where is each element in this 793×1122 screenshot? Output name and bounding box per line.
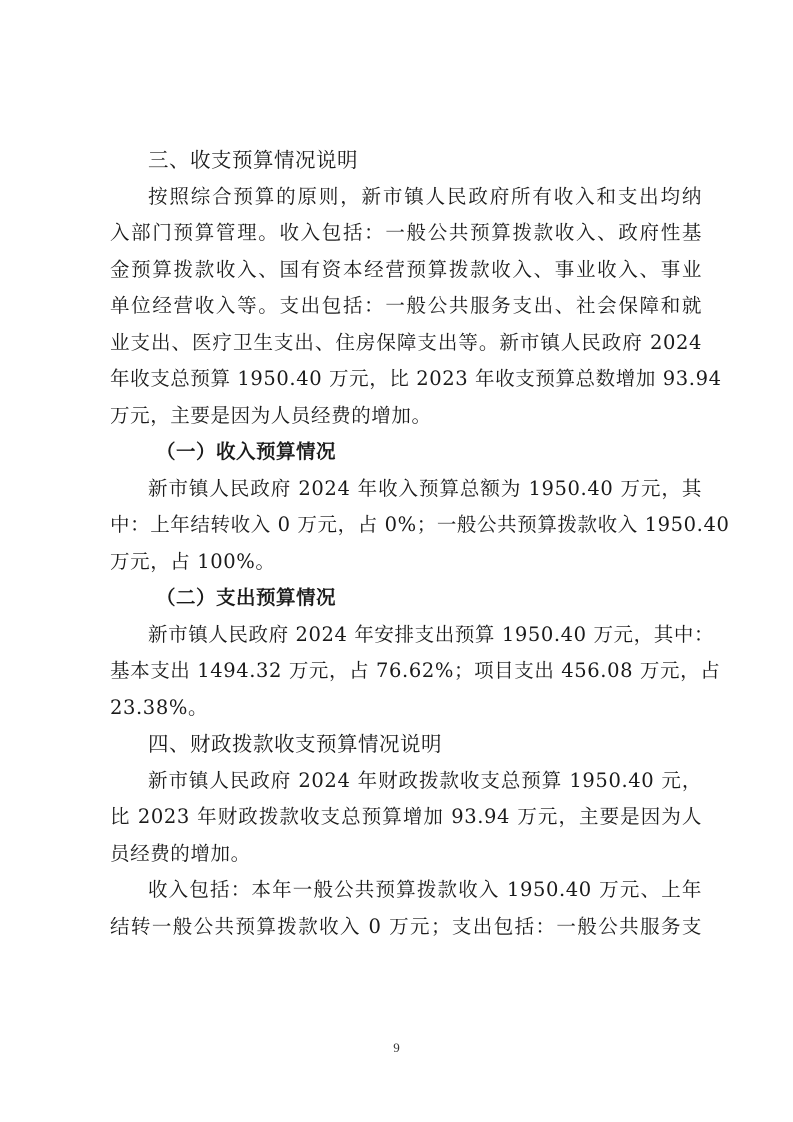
paragraph-line: 收入包括：本年一般公共预算拨款收入 1950.40 万元、上年 bbox=[110, 872, 702, 909]
paragraph-line: 结转一般公共预算拨款收入 0 万元；支出包括：一般公共服务支 bbox=[110, 909, 702, 946]
paragraph-line: 新市镇人民政府 2024 年安排支出预算 1950.40 万元，其中： bbox=[110, 617, 702, 654]
paragraph-line: 入部门预算管理。收入包括：一般公共预算拨款收入、政府性基 bbox=[110, 215, 702, 252]
section-heading-3: 三、收支预算情况说明 bbox=[110, 142, 702, 179]
subsection-heading-expense: （二）支出预算情况 bbox=[110, 580, 702, 617]
paragraph-line: 万元，占 100%。 bbox=[110, 544, 702, 581]
paragraph-line: 按照综合预算的原则，新市镇人民政府所有收入和支出均纳 bbox=[110, 179, 702, 216]
paragraph-line: 新市镇人民政府 2024 年财政拨款收支总预算 1950.40 元， bbox=[110, 763, 702, 800]
section-heading-4: 四、财政拨款收支预算情况说明 bbox=[110, 726, 702, 763]
paragraph-line: 新市镇人民政府 2024 年收入预算总额为 1950.40 万元，其 bbox=[110, 471, 702, 508]
paragraph-line: 万元，主要是因为人员经费的增加。 bbox=[110, 398, 702, 435]
paragraph-line: 基本支出 1494.32 万元，占 76.62%；项目支出 456.08 万元，… bbox=[110, 653, 702, 690]
paragraph-line: 中：上年结转收入 0 万元，占 0%；一般公共预算拨款收入 1950.40 bbox=[110, 507, 702, 544]
paragraph-line: 业支出、医疗卫生支出、住房保障支出等。新市镇人民政府 2024 bbox=[110, 325, 702, 362]
paragraph-line: 单位经营收入等。支出包括：一般公共服务支出、社会保障和就 bbox=[110, 288, 702, 325]
paragraph-line: 比 2023 年财政拨款收支总预算增加 93.94 万元，主要是因为人 bbox=[110, 799, 702, 836]
paragraph-line: 员经费的增加。 bbox=[110, 836, 702, 873]
paragraph-line: 23.38%。 bbox=[110, 690, 702, 727]
subsection-heading-income: （一）收入预算情况 bbox=[110, 434, 702, 471]
paragraph-line: 金预算拨款收入、国有资本经营预算拨款收入、事业收入、事业 bbox=[110, 252, 702, 289]
paragraph-line: 年收支总预算 1950.40 万元，比 2023 年收支预算总数增加 93.94 bbox=[110, 361, 702, 398]
document-page: 三、收支预算情况说明 按照综合预算的原则，新市镇人民政府所有收入和支出均纳 入部… bbox=[110, 142, 702, 945]
page-number: 9 bbox=[0, 1040, 793, 1056]
